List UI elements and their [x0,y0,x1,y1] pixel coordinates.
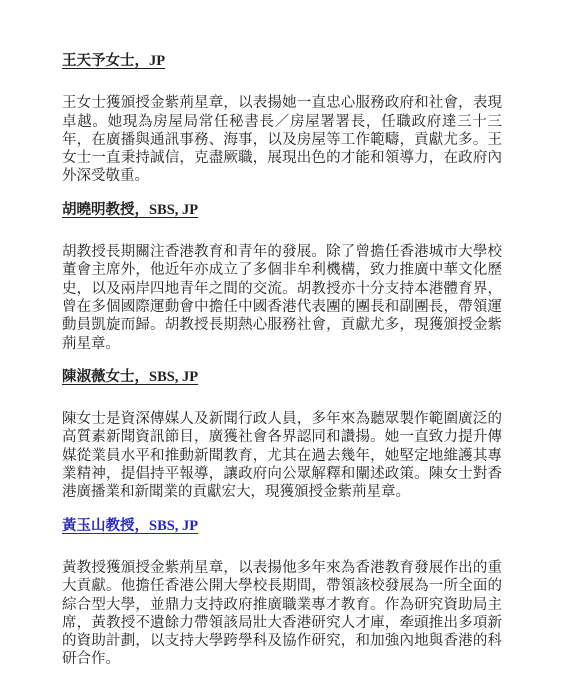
citation-paragraph-2: 胡教授長期關注香港教育和青年的發展。除了曾擔任香港城市大學校董會主席外，他近年亦… [62,243,502,353]
award-section-2: 胡曉明教授，SBS, JP 胡教授長期關注香港教育和青年的發展。除了曾擔任香港城… [62,201,502,353]
recipient-heading-3: 陳淑薇女士，SBS, JP [62,368,502,386]
award-section-4: 黃玉山教授，SBS, JP 黃教授獲頒授金紫荊星章，以表揚他多年來為香港教育發展… [62,517,502,669]
recipient-heading-4: 黃玉山教授，SBS, JP [62,517,502,535]
recipient-heading-2: 胡曉明教授，SBS, JP [62,201,502,219]
citation-paragraph-4: 黃教授獲頒授金紫荊星章，以表揚他多年來為香港教育發展作出的重大貢獻。他擔任香港公… [62,559,502,669]
award-section-3: 陳淑薇女士，SBS, JP 陳女士是資深傳媒人及新聞行政人員，多年來為聽眾製作範… [62,368,502,502]
citation-paragraph-1: 王女士獲頒授金紫荊星章，以表揚她一直忠心服務政府和社會，表現卓越。她現為房屋局常… [62,94,502,185]
recipient-heading-1: 王天予女士，JP [62,52,502,70]
document-page: 王天予女士，JP 王女士獲頒授金紫荊星章，以表揚她一直忠心服務政府和社會，表現卓… [0,0,564,683]
award-section-1: 王天予女士，JP 王女士獲頒授金紫荊星章，以表揚她一直忠心服務政府和社會，表現卓… [62,52,502,186]
citation-paragraph-3: 陳女士是資深傳媒人及新聞行政人員，多年來為聽眾製作範圍廣泛的高質素新聞資訊節目，… [62,410,502,501]
